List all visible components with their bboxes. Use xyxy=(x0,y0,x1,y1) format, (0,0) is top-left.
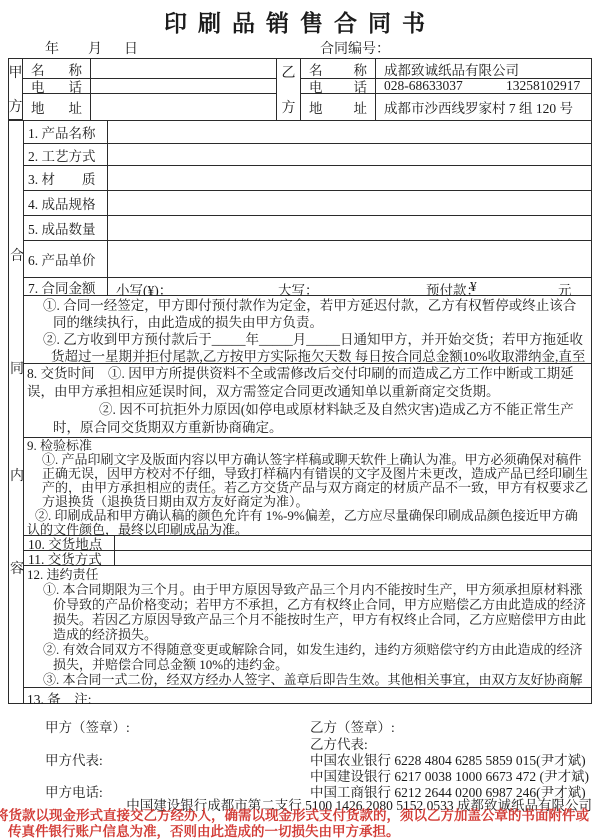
row-amount-notes: ①. 合同一经签定，甲方即付预付款作为定金，若甲方延迟付款，乙方有权暂停或终止该… xyxy=(24,296,591,364)
amount-note-1: ①. 合同一经签定，甲方即付预付款作为定金，若甲方延迟付款，乙方有权暂停或终止该… xyxy=(27,297,589,331)
delivery-time-para-2: ②. 因不可抗拒外力原因(如停电或原材料缺乏及自然灾害)造成乙方不能正常生产时，… xyxy=(27,401,589,437)
party-a-phone-label: 电话 xyxy=(23,79,91,94)
row-contract-amount: 7. 合同金额 小写(¥)： 大写： 预付款： ¥ 元 xyxy=(24,278,591,296)
party-a-name-value xyxy=(91,59,277,79)
row-delivery-place: 10. 交货地点 xyxy=(24,536,591,551)
contract-number-label: 合同编号： xyxy=(320,38,390,58)
amount-uppercase-label: 大写： xyxy=(278,279,319,296)
party-b-name-label: 名称 xyxy=(301,59,376,79)
row-unit-price: 6. 产品单价 xyxy=(24,241,591,278)
contract-table: 甲 方 名称 电话 地址 乙 方 xyxy=(8,58,592,704)
party-b-phone-label: 电话 xyxy=(301,79,376,94)
party-a-side-label: 甲 方 xyxy=(9,59,23,120)
month-label: 月 xyxy=(88,38,102,58)
row-delivery-time: 8. 交货时间 ①. 因甲方所提供资料不全或需修改后交付印刷的而造成乙方工作中断… xyxy=(24,364,591,438)
warning-text: 请甲方勿将货款以现金形式直接交乙方经办人，确需以现金形式支付货款的，须以乙方加盖… xyxy=(8,808,594,839)
delivery-time-para-1: 8. 交货时间 ①. 因甲方所提供资料不全或需修改后交付印刷的而造成乙方工作中断… xyxy=(27,365,589,401)
row-spec: 4. 成品规格 xyxy=(24,191,591,216)
party-a-seal-label: 甲方（签章）: xyxy=(45,716,130,736)
yuan-label: 元 xyxy=(558,279,572,296)
party-a-phone-label: 甲方电话: xyxy=(45,781,103,801)
year-label: 年 xyxy=(45,38,59,58)
party-b-address-label: 地址 xyxy=(301,94,376,120)
party-b-phone-value-2: 13258102917 xyxy=(506,79,580,94)
breach-title: 12. 违约责任 xyxy=(27,567,589,582)
amount-note-2: ②. 乙方收到甲方预付款后于_____年_____月_____日通知甲方，并开始… xyxy=(27,331,589,364)
inspection-para-1: ①. 产品印刷文字及版面内容以甲方确认签字样稿或聊天软件上确认为准。甲方必须确保… xyxy=(27,453,589,509)
row-remarks: 13. 备 注: xyxy=(24,688,591,704)
row-material: 3. 材 质 xyxy=(24,166,591,191)
party-b-side-label: 乙 方 xyxy=(277,59,301,120)
row-process-method: 2. 工艺方式 xyxy=(24,144,591,166)
unit-price-value xyxy=(108,241,591,277)
breach-para-2: ②. 有效合同双方不得随意变更或解除合同，如发生违约，违约方须赔偿守约方由此造成… xyxy=(27,642,589,672)
inspection-para-2: ②. 印刷成品和甲方确认稿的颜色允许有 1%-9%偏差，乙方应尽量确保印刷成品颜… xyxy=(27,509,589,536)
party-a-address-value xyxy=(91,94,277,120)
delivery-place-value xyxy=(115,536,591,550)
party-a-address-label: 地址 xyxy=(23,94,91,120)
breach-para-1: ①. 本合同期限为三个月。由于甲方原因导致产品三个月内不能按时生产，甲方须承担原… xyxy=(27,582,589,642)
row-quantity: 5. 成品数量 xyxy=(24,216,591,241)
inspection-title: 9. 检验标准 xyxy=(27,439,589,453)
contract-page: 印刷品销售合同书 年 月 日 合同编号： 甲 方 名称 电话 xyxy=(0,0,600,839)
amount-lowercase-label: 小写(¥)： xyxy=(116,279,172,296)
contract-content: 合 同 内 容 1. 产品名称 2. 工艺方式 3. 材 质 xyxy=(9,121,591,704)
breach-para-3: ③. 本合同一式二份，经双方经办人签字、盖章后即告生效。其他相关事宜，由双方友好… xyxy=(27,672,589,688)
product-name-value xyxy=(108,121,591,143)
party-b-name-value: 成都致诚纸品有限公司 xyxy=(376,59,591,79)
row-product-name: 1. 产品名称 xyxy=(24,121,591,144)
content-side-label: 合 同 内 容 xyxy=(9,121,24,704)
day-label: 日 xyxy=(124,38,138,58)
quantity-value xyxy=(108,216,591,240)
spec-value xyxy=(108,191,591,215)
party-b-address-value: 成都市沙西线罗家村 7 组 120 号 xyxy=(376,94,591,120)
party-b-phone-value: 028-68633037 13258102917 xyxy=(376,79,591,94)
process-method-value xyxy=(108,144,591,165)
material-value xyxy=(108,166,591,190)
delivery-method-value xyxy=(115,551,591,565)
row-breach-liability: 12. 违约责任 ①. 本合同期限为三个月。由于甲方原因导致产品三个月内不能按时… xyxy=(24,566,591,688)
party-a-name-label: 名称 xyxy=(23,59,91,79)
party-a-rep-label: 甲方代表: xyxy=(45,749,103,769)
page-title: 印刷品销售合同书 xyxy=(0,5,600,38)
party-a-phone-value xyxy=(91,79,277,94)
row-delivery-method: 11. 交货方式 xyxy=(24,551,591,566)
yen-symbol: ¥ xyxy=(470,279,477,295)
row-inspection-standard: 9. 检验标准 ①. 产品印刷文字及版面内容以甲方确认签字样稿或聊天软件上确认为… xyxy=(24,438,591,536)
party-header: 甲 方 名称 电话 地址 乙 方 xyxy=(9,59,591,121)
